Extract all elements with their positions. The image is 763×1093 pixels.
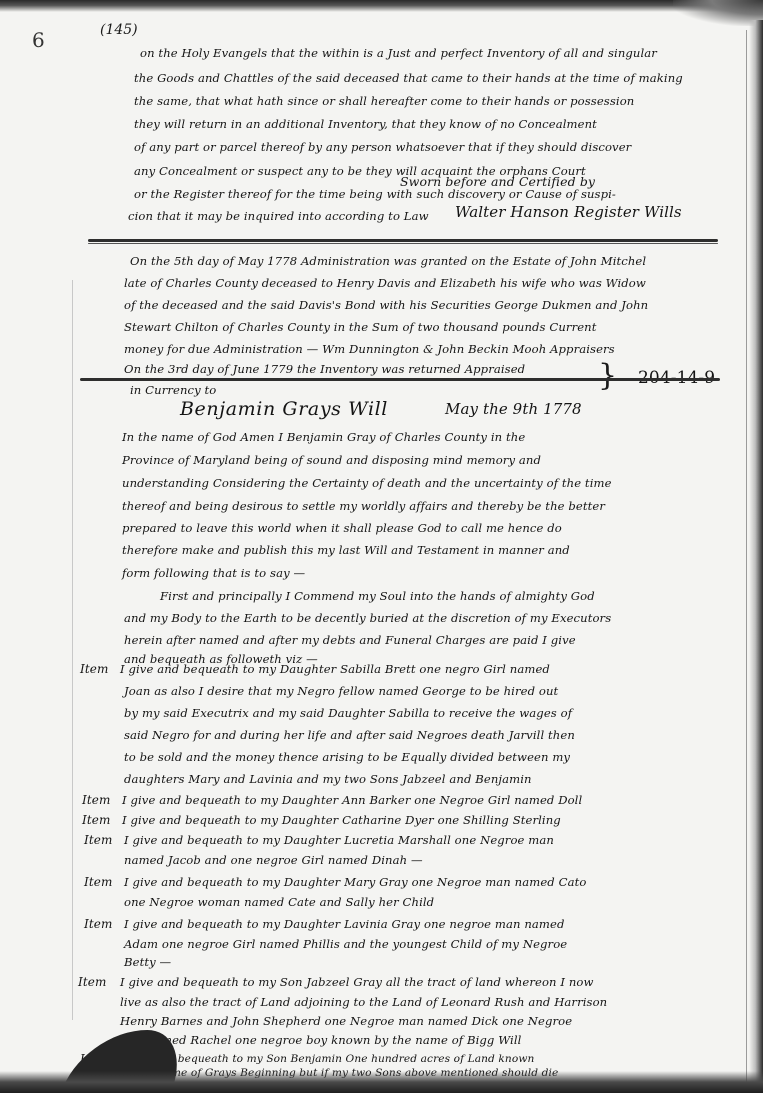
item-marker: Item <box>84 917 112 931</box>
item-line: live as also the tract of Land adjoining… <box>120 995 607 1009</box>
oath-line: or the Register thereof for the time bei… <box>134 187 616 201</box>
item-line: I give and bequeath to my Daughter Mary … <box>124 875 586 889</box>
item-marker: Item <box>80 662 108 676</box>
section-divider <box>88 239 718 242</box>
admin-line: in Currency to <box>130 383 216 397</box>
margin-rule <box>72 280 73 1020</box>
will-title: Benjamin Grays Will <box>180 398 388 420</box>
admin-line: late of Charles County deceased to Henry… <box>124 276 646 290</box>
preamble-line: understanding Considering the Certainty … <box>122 476 612 490</box>
item-line: by my said Executrix and my said Daughte… <box>124 706 572 720</box>
item-line: said Negro for and during her life and a… <box>124 728 575 742</box>
first-clause-line: and my Body to the Earth to be decently … <box>124 611 611 625</box>
scanned-document-page: 6 (145) on the Holy Evangels that the wi… <box>0 0 763 1093</box>
oath-line: cion that it may be inquired into accord… <box>128 209 429 223</box>
item-line: I give and bequeath to my Son Jabzeel Gr… <box>120 975 594 989</box>
oath-line: the same, that what hath since or shall … <box>134 94 634 108</box>
brace-mark: } <box>598 358 617 393</box>
item-line: Henry Barnes and John Shepherd one Negro… <box>120 1014 572 1028</box>
item-line: to be sold and the money thence arising … <box>124 750 570 764</box>
corner-mark: 6 <box>32 28 45 52</box>
page-fold-line <box>746 30 747 1093</box>
preamble-line: thereof and being desirous to settle my … <box>122 499 605 513</box>
item-line: I give and bequeath to my Son Benjamin O… <box>120 1052 534 1066</box>
preamble-line: therefore make and publish this my last … <box>122 543 570 557</box>
item-line: I give and bequeath to my Daughter Lavin… <box>124 917 565 931</box>
item-line: one Negroe woman named Cate and Sally he… <box>124 895 434 909</box>
oath-line: they will return in an additional Invent… <box>134 117 597 131</box>
first-clause-line: herein after named and after my debts an… <box>124 633 576 647</box>
item-line: Girl named Rachel one negroe boy known b… <box>120 1033 521 1047</box>
will-date: May the 9th 1778 <box>445 402 582 416</box>
item-line: I give and bequeath to my Daughter Sabil… <box>120 662 550 676</box>
admin-line: money for due Administration — Wm Dunnin… <box>124 342 615 356</box>
item-line: Adam one negroe Girl named Phillis and t… <box>124 937 567 951</box>
preamble-line: form following that is to say — <box>122 566 305 580</box>
oath-line: on the Holy Evangels that the within is … <box>140 46 657 60</box>
scan-bottom-edge <box>0 1071 763 1093</box>
section-divider <box>88 243 718 244</box>
item-line: I give and bequeath to my Daughter Ann B… <box>122 793 582 807</box>
scan-right-edge <box>749 20 763 1093</box>
item-marker: Item <box>82 793 110 807</box>
attestation: Sworn before and Certified by <box>400 175 595 189</box>
admin-line: On the 5th day of May 1778 Administratio… <box>130 254 646 268</box>
oath-line: the Goods and Chattles of the said decea… <box>134 71 683 85</box>
preamble-line: In the name of God Amen I Benjamin Gray … <box>122 430 525 444</box>
oath-line: of any part or parcel thereof by any per… <box>134 140 631 154</box>
admin-line: Stewart Chilton of Charles County in the… <box>124 320 597 334</box>
item-line: Joan as also I desire that my Negro fell… <box>124 684 558 698</box>
item-marker: Item <box>78 975 106 989</box>
item-line: named Jacob and one negroe Girl named Di… <box>124 853 423 867</box>
item-line: Betty — <box>124 955 171 969</box>
section-divider <box>80 378 720 381</box>
admin-line: of the deceased and the said Davis's Bon… <box>124 298 648 312</box>
item-marker: Item <box>82 813 110 827</box>
scan-top-edge <box>0 0 763 12</box>
item-marker: Item <box>84 833 112 847</box>
item-line: I give and bequeath to my Daughter Catha… <box>122 813 561 827</box>
admin-line: On the 3rd day of June 1779 the Inventor… <box>124 362 525 376</box>
page-number: (145) <box>100 22 138 38</box>
register-signature: Walter Hanson Register Wills <box>455 203 682 221</box>
preamble-line: Province of Maryland being of sound and … <box>122 453 541 467</box>
item-line: daughters Mary and Lavinia and my two So… <box>124 772 532 786</box>
item-line: I give and bequeath to my Daughter Lucre… <box>124 833 554 847</box>
item-marker: Item <box>84 875 112 889</box>
first-clause-line: First and principally I Commend my Soul … <box>160 589 595 603</box>
preamble-line: prepared to leave this world when it sha… <box>122 521 562 535</box>
